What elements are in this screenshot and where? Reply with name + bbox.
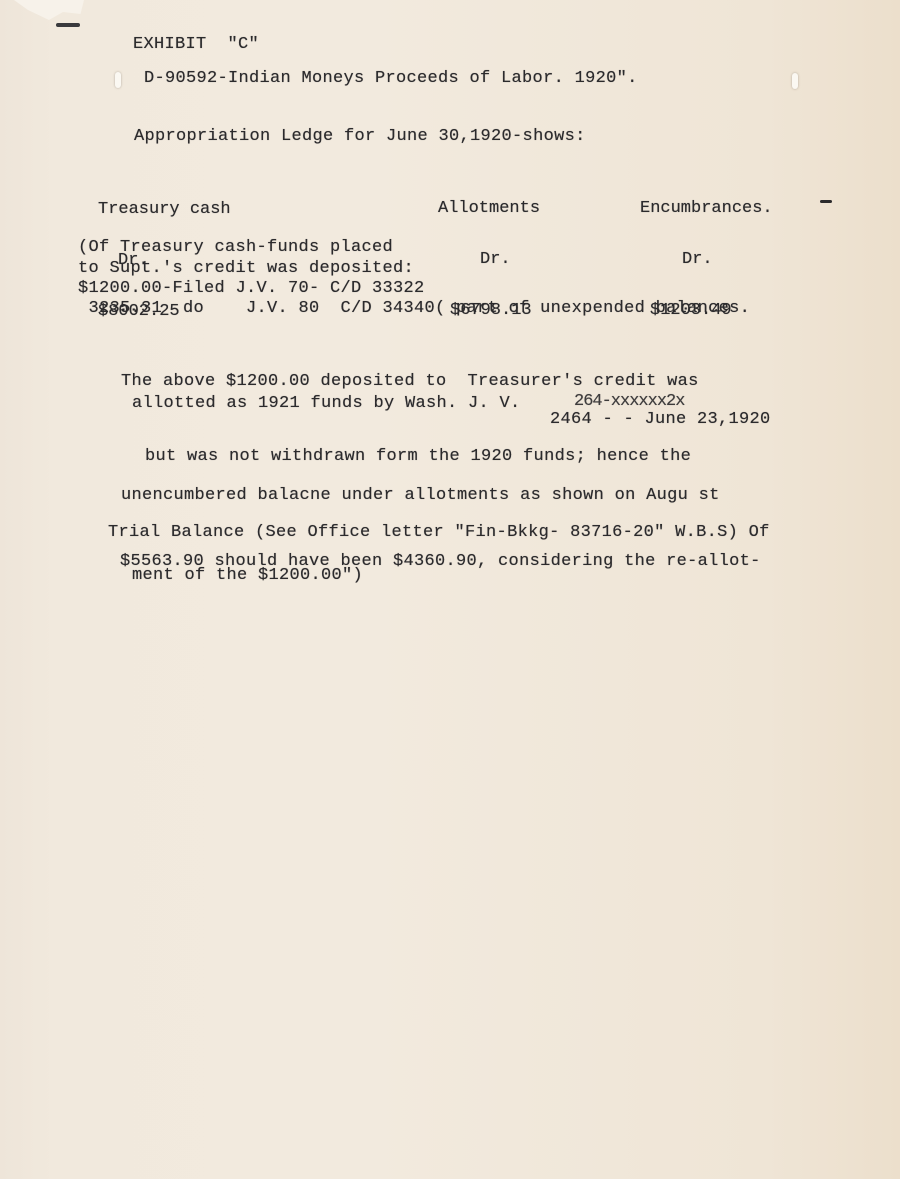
ledger-column-encumbrances: Encumbrances. Dr. $1203.49 [640, 166, 773, 353]
deposit-note-line-3: $1200.00-Filed J.V. 70- C/D 33322 [78, 280, 425, 297]
column-header: Treasury cash [98, 201, 231, 218]
column-header: Allotments [438, 200, 540, 217]
document-page: EXHIBIT "C" D-90592-Indian Moneys Procee… [0, 0, 900, 1179]
paragraph-line-5: unencumbered balacne under allotments as… [121, 487, 720, 504]
torn-corner [14, 0, 84, 20]
reference-line: D-90592-Indian Moneys Proceeds of Labor.… [144, 70, 638, 87]
intro-line: Appropriation Ledge for June 30,1920-sho… [134, 128, 586, 145]
ledger-column-allotments: Allotments Dr. $6798.13 [438, 166, 540, 353]
margin-mark [820, 200, 832, 203]
deposit-note-line-2: to Supt.'s credit was deposited: [78, 260, 414, 277]
deposit-note-line-4: 3235.31 do J.V. 80 C/D 34340( part of un… [78, 300, 750, 317]
staple-mark [56, 23, 80, 27]
paragraph-line-1: The above $1200.00 deposited to Treasure… [121, 373, 699, 390]
staple-hole-right [792, 73, 798, 89]
column-sub: Dr. [438, 251, 540, 268]
column-sub: Dr. [640, 251, 773, 268]
exhibit-label: EXHIBIT "C" [133, 36, 259, 53]
staple-hole-left [115, 72, 121, 88]
paragraph-line-8: ment of the $1200.00") [132, 567, 363, 584]
struck-out-reference: 264-xxxxxx2x [574, 393, 684, 410]
paragraph-line-3: 2464 - - June 23,1920 [550, 411, 771, 428]
deposit-note-line-1: (Of Treasury cash-funds placed [78, 239, 393, 256]
column-header: Encumbrances. [640, 200, 773, 217]
paragraph-line-6: Trial Balance (See Office letter "Fin-Bk… [108, 524, 770, 541]
paragraph-line-2: allotted as 1921 funds by Wash. J. V. [132, 395, 521, 412]
paragraph-line-4: but was not withdrawn form the 1920 fund… [145, 448, 691, 465]
